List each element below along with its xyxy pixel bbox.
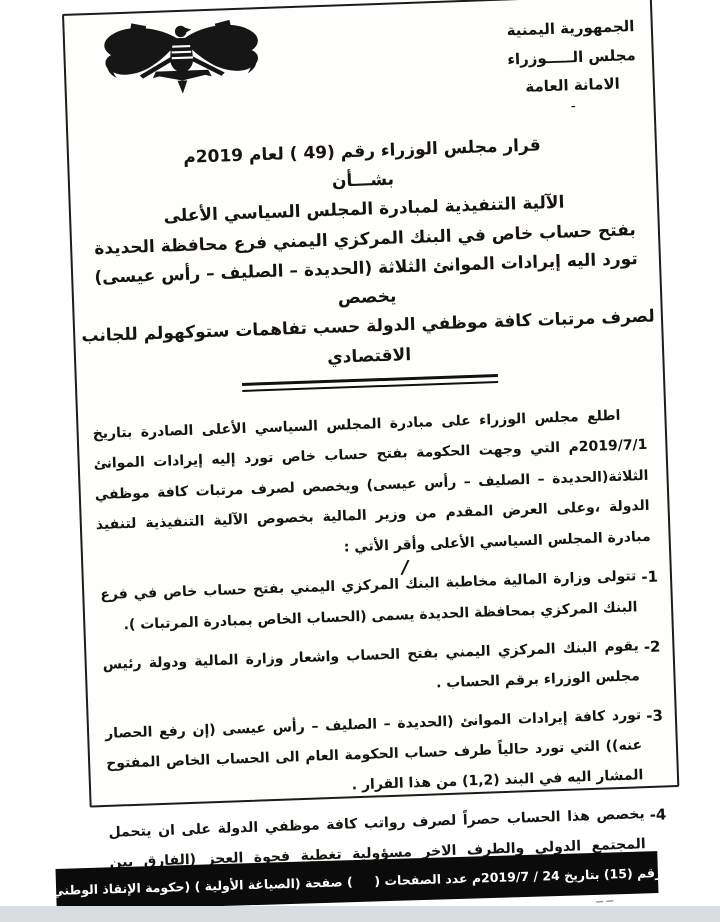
item-number: 2-: [643, 630, 662, 691]
title-double-underline: [242, 374, 498, 392]
secretariat-name: الامانة العامة: [508, 69, 637, 102]
scan-edge-strip: [0, 906, 720, 922]
council-name: مجلس الـــــوزراء: [507, 41, 636, 74]
item-text: تورد كافة إيرادات الموانئ (الحديدة – الص…: [101, 700, 644, 809]
decree-title-block: قرار مجلس الوزراء رقم (49 ) لعام 2019م ب…: [69, 127, 663, 381]
item-text: تتولى وزارة المالية مخاطبة البنك المركزي…: [96, 562, 638, 641]
country-name: الجمهورية اليمنية: [506, 12, 635, 45]
item-number: 1-: [641, 561, 660, 622]
yemen-emblem-icon: [90, 17, 273, 105]
preamble-paragraph: اطلع مجلس الوزراء على مبادرة المجلس السي…: [92, 400, 651, 572]
issuing-authority-block: الجمهورية اليمنية مجلس الـــــوزراء الام…: [506, 12, 638, 112]
item-text: يقوم البنك المركزي اليمني بفتح الحساب وا…: [98, 631, 640, 710]
item-number: 3-: [646, 699, 666, 790]
page-header: الجمهورية اليمنية مجلس الـــــوزراء الام…: [64, 0, 653, 120]
decree-item-2: 2- يقوم البنك المركزي اليمني بفتح الحساب…: [98, 630, 662, 710]
scanned-decree-page: الجمهورية اليمنية مجلس الـــــوزراء الام…: [62, 0, 679, 808]
scan-smudge-mark: ــ ــ: [596, 893, 614, 905]
decree-item-3: 3- تورد كافة إيرادات الموانئ (الحديدة – …: [101, 699, 666, 809]
decree-item-1: 1- تتولى وزارة المالية مخاطبة البنك المر…: [96, 561, 660, 641]
